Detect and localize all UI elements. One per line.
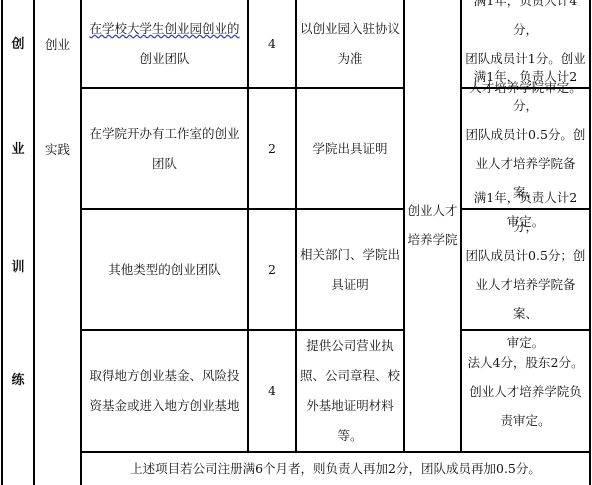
notes-line: 法人4分，股东2分。 [468,348,584,377]
evidence-line: 提供公司营业执 [306,331,394,361]
table-row-3-points: 2 [249,210,295,329]
item-line: 取得地方创业基金、风险投 [89,361,239,391]
notes-line: 业人才培养学院备案、 [464,270,587,328]
evidence-line: 具证明 [331,270,369,300]
item-line: 在学院开办有工作室的创业 [89,119,239,149]
table-row-1-points: 4 [249,0,295,87]
item-line: 团队 [152,149,177,179]
item-line: 资基金或进入地方创业基地 [89,391,239,421]
table-row-3-notes: 满1年，负责人计2分， 团队成员计0.5分；创 业人才培养学院备案、 审定。 [462,210,589,329]
category-char-1: 创 [3,30,33,60]
department-cell: 创业人才 培养学院 [405,195,460,255]
table-row-2-evidence: 学院出具证明 [297,89,403,208]
notes-line: 责审定。 [500,406,550,435]
item-line: 其他类型的创业团队 [108,255,221,285]
table-row-4-notes: 法人4分，股东2分。 创业人才培养学院负 责审定。 [462,331,589,451]
table-row-2-item: 在学院开办有工作室的创业 团队 [82,89,247,208]
evidence-line: 外基地证明材料 [306,391,394,421]
evidence-line: 为准 [337,44,362,74]
table-row-1-evidence: 以创业园入驻协议 为准 [297,0,403,87]
border-right [589,0,591,485]
notes-line: 团队成员计0.5分；创 [466,241,586,270]
department-line: 创业人才 [407,196,457,225]
department-line: 培养学院 [407,225,457,254]
notes-line: 满1年，负责人计2分， [464,183,587,241]
scoring-table: 创 业 训 练 创业 实践 创业人才 培养学院 在学校大学生创业园创业的 创业团… [0,0,592,485]
table-row-2-points: 2 [249,89,295,208]
evidence-line: 照、公司章程、校 [300,361,400,391]
subcategory-2: 实践 [35,135,80,165]
table-row-4-evidence: 提供公司营业执 照、公司章程、校 外基地证明材料 等。 [297,331,403,451]
border-col1 [33,0,35,485]
item-line: 创业团队 [139,44,189,74]
notes-line: 满1年，负责人计2分， [464,62,587,120]
category-char-4: 练 [3,366,33,396]
border-left [1,0,3,485]
table-row-3-evidence: 相关部门、学院出 具证明 [297,210,403,329]
footer-note: 上述项目若公司注册满6个月者，则负责人再加2分，团队成员再加0.5分。 [82,453,589,485]
evidence-line: 学院出具证明 [312,134,387,164]
category-char-3: 训 [3,253,33,283]
category-char-2: 业 [3,135,33,165]
item-line: 在学校大学生创业园创业的 [89,14,239,44]
table-row-1-item: 在学校大学生创业园创业的 创业团队 [82,0,247,87]
table-row-4-points: 4 [249,331,295,451]
notes-line: 团队成员计0.5分。创 [466,120,586,149]
notes-line: 满1年，负责人计4分， [464,0,587,44]
evidence-line: 相关部门、学院出 [300,240,400,270]
table-row-4-item: 取得地方创业基金、风险投 资基金或进入地方创业基地 [82,331,247,451]
subcategory-1: 创业 [35,30,80,60]
notes-line: 创业人才培养学院负 [469,377,582,406]
evidence-line: 以创业园入驻协议 [300,14,400,44]
evidence-line: 等。 [337,421,362,451]
table-row-3-item: 其他类型的创业团队 [82,210,247,329]
